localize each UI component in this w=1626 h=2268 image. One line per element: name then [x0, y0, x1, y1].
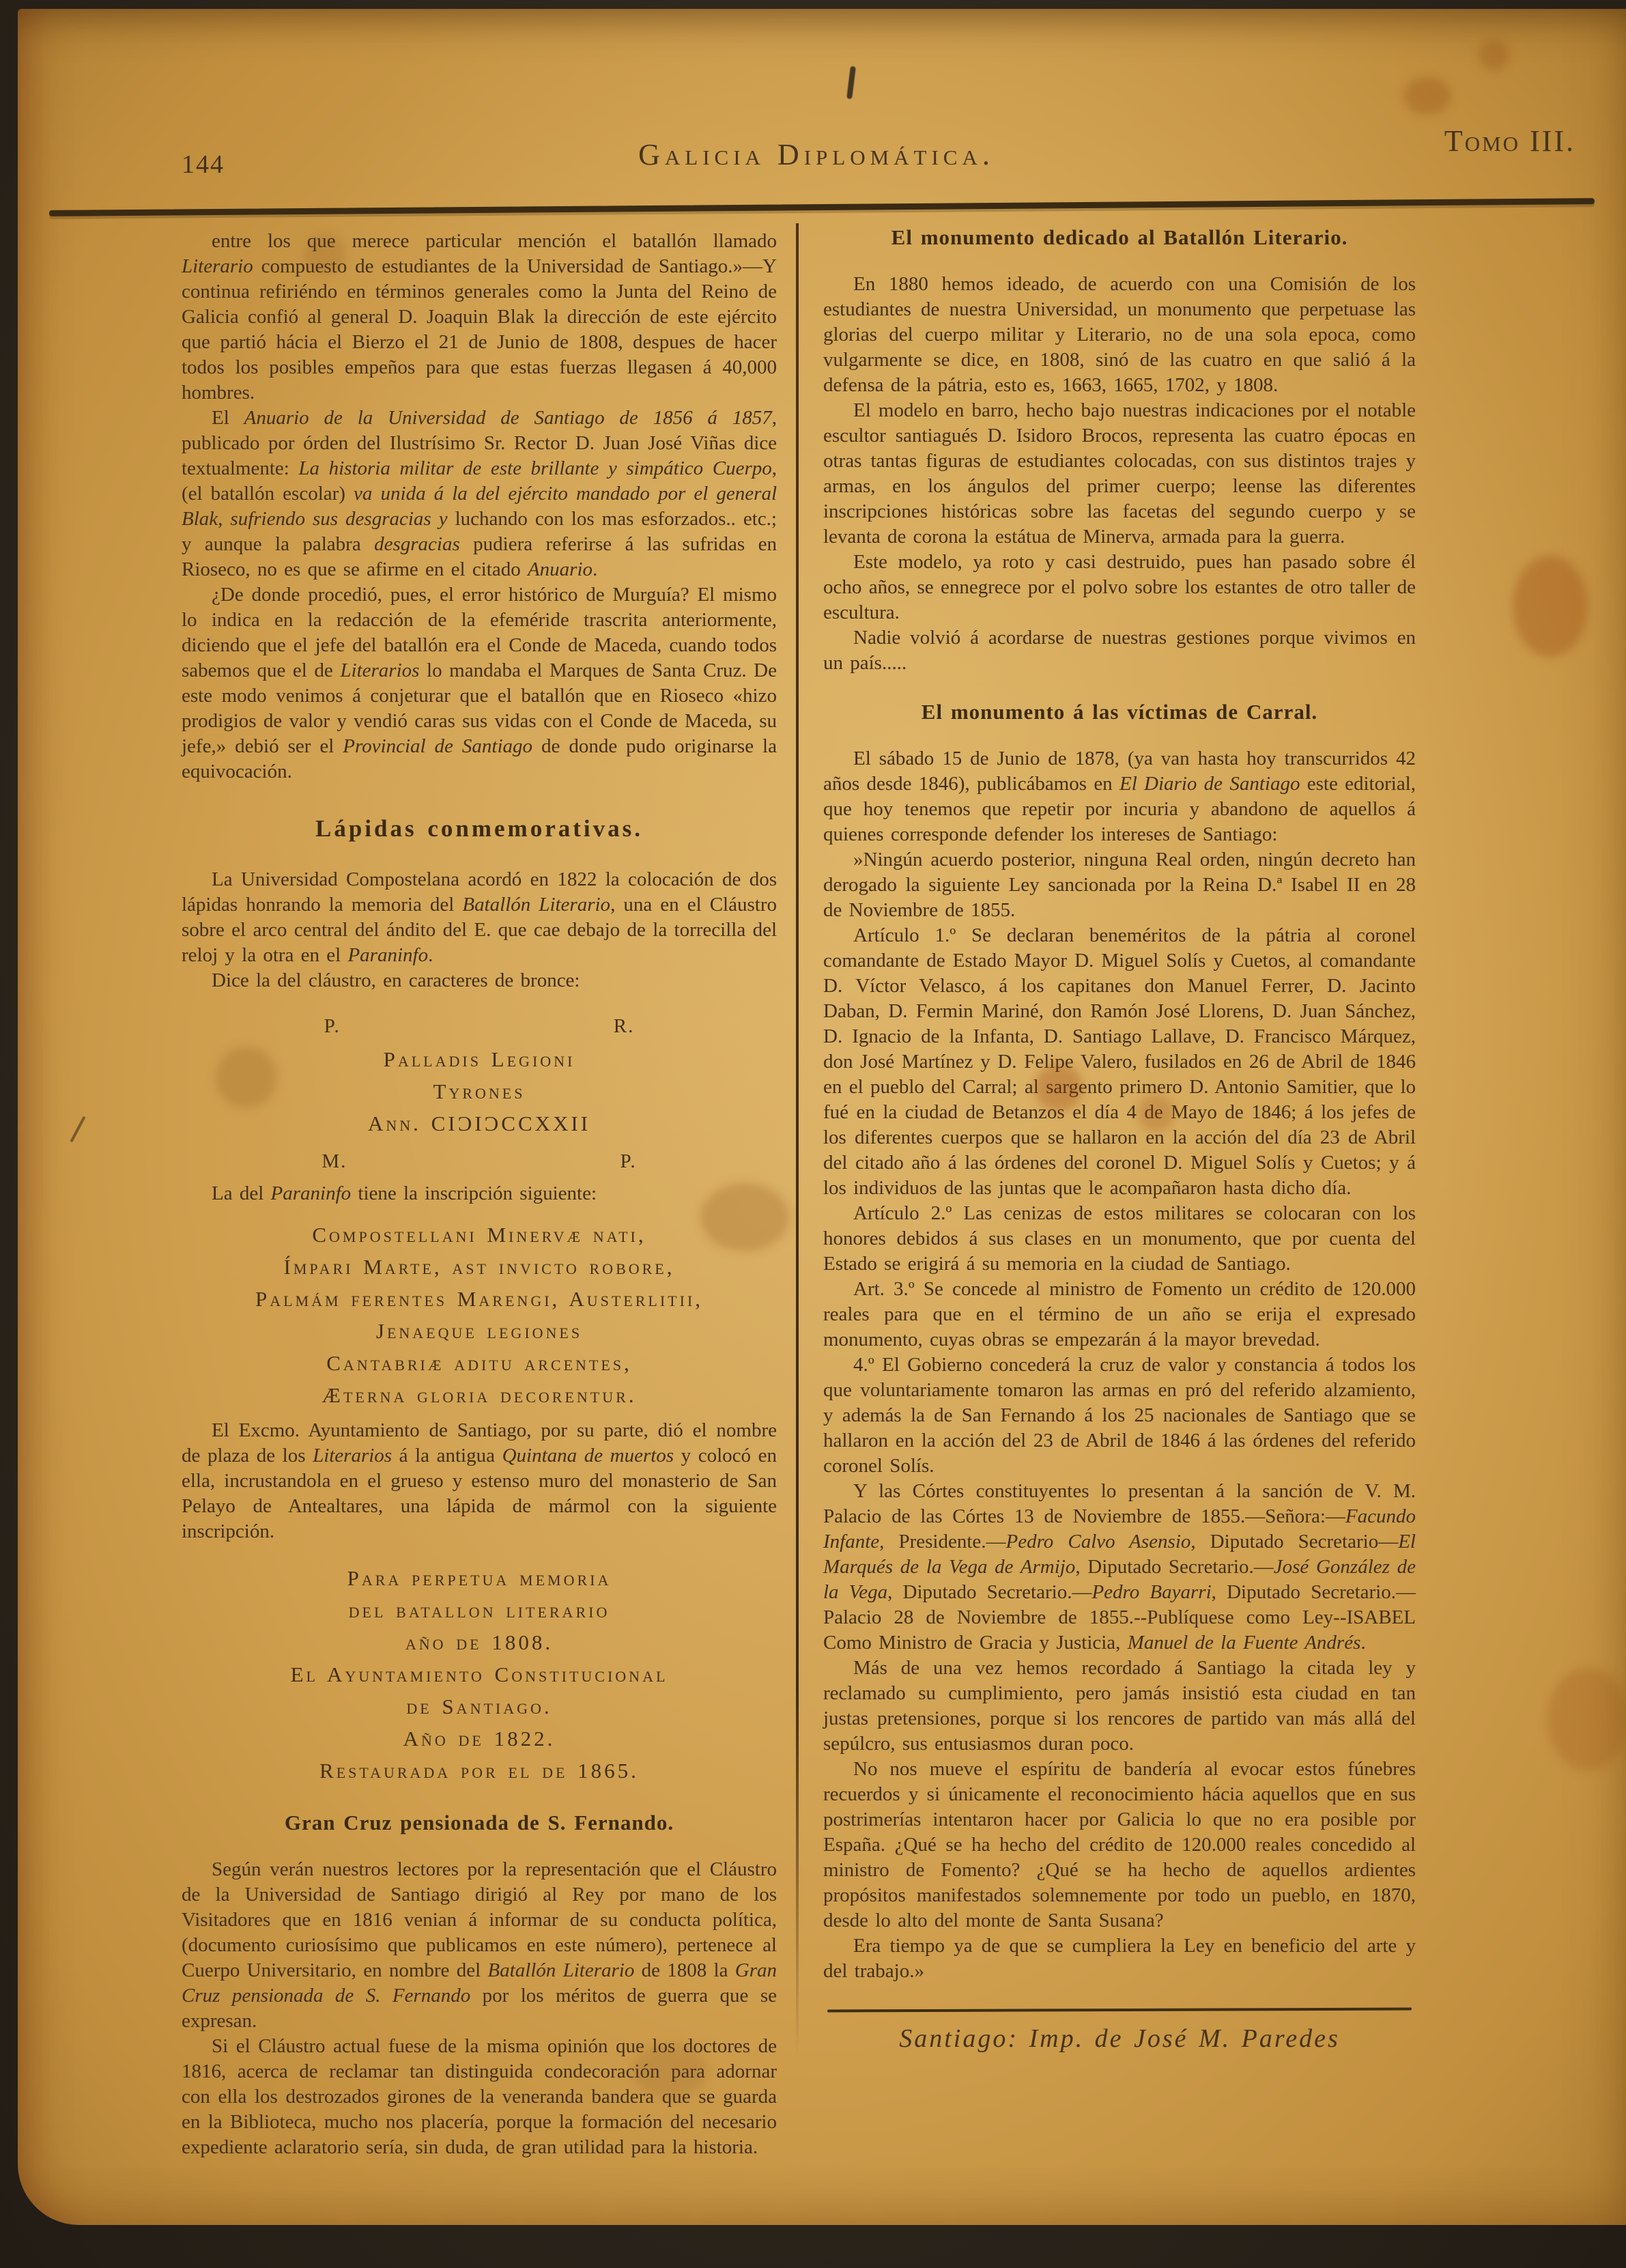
paragraph: Si el Cláustro actual fuese de la misma …: [182, 2034, 777, 2160]
section-heading-monumento-batallon: El monumento dedicado al Batallón Litera…: [823, 225, 1416, 250]
bronze-inscription-corners-top: P. R.: [182, 1014, 777, 1039]
paragraph: »Ningún acuerdo posterior, ninguna Real …: [823, 847, 1416, 923]
paragraph: Art. 3.º Se concede al ministro de Fomen…: [823, 1277, 1416, 1352]
paragraph: El modelo en barro, hecho bajo nuestras …: [823, 398, 1416, 550]
paper-sheet: 144 Galicia Diplomática. Tomo III. entre…: [18, 9, 1626, 2225]
inscription-line: Restaurada por el de 1865.: [182, 1755, 777, 1787]
inscription-line: Jenaeque legiones: [182, 1315, 777, 1347]
paragraph: Era tiempo ya de que se cumpliera la Ley…: [823, 1933, 1416, 1984]
section-heading-lapidas: Lápidas conmemorativas.: [182, 816, 777, 841]
section-heading-victimas-carral: El monumento á las víctimas de Carral.: [823, 699, 1416, 724]
inscription-line: Tyrones: [182, 1075, 777, 1107]
paragraph: El sábado 15 de Junio de 1878, (ya van h…: [823, 746, 1416, 847]
paragraph: ¿De donde procedió, pues, el error histó…: [182, 582, 777, 784]
foxing-stain: [1513, 555, 1588, 657]
scanned-periodical-page: 144 Galicia Diplomática. Tomo III. entre…: [0, 0, 1626, 2268]
marble-inscription: Para perpetua memoriadel batallon litera…: [182, 1562, 777, 1787]
bronze-inscription: Palladis LegioniTyronesAnn. CIƆIƆCCXXII: [182, 1043, 777, 1139]
paragraph: Artículo 2.º Las cenizas de estos milita…: [823, 1201, 1416, 1277]
marble-paragraph: El Excmo. Ayuntamiento de Santiago, por …: [182, 1418, 777, 1544]
inscription-initial: P.: [324, 1014, 341, 1039]
paragraph: Dice la del cláustro, en caracteres de b…: [182, 968, 777, 993]
paragraph: Y las Córtes constituyentes lo presentan…: [823, 1479, 1416, 1656]
inscription-line: Para perpetua memoria: [182, 1562, 777, 1594]
paragraph: 4.º El Gobierno concederá la cruz de val…: [823, 1352, 1416, 1479]
inscription-line: Cantabriæ aditu arcentes,: [182, 1347, 777, 1379]
inscription-line: Æterna gloria decorentur.: [182, 1379, 777, 1411]
inscription-line: año de 1808.: [182, 1626, 777, 1658]
inscription-initial: M.: [322, 1149, 347, 1174]
inscription-line: del batallon literario: [182, 1594, 777, 1626]
victimas-carral-paragraphs: El sábado 15 de Junio de 1878, (ya van h…: [823, 746, 1416, 1984]
masthead-title: Galicia Diplomática.: [441, 137, 1192, 172]
inscription-line: Año de 1822.: [182, 1723, 777, 1755]
gran-cruz-paragraphs: Según verán nuestros lectores por la rep…: [182, 1857, 777, 2160]
inscription-initial: R.: [614, 1014, 635, 1039]
margin-pen-mark: [70, 1116, 85, 1143]
foxing-stain: [1479, 40, 1509, 70]
paragraph: En 1880 hemos ideado, de acuerdo con una…: [823, 272, 1416, 398]
volume-label: Tomo III.: [1444, 124, 1575, 158]
paraninfo-intro: La del Paraninfo tiene la inscripción si…: [182, 1181, 777, 1206]
monumento-batallon-paragraphs: En 1880 hemos ideado, de acuerdo con una…: [823, 272, 1416, 676]
inscription-line: Compostellani Minervæ nati,: [182, 1219, 777, 1251]
page-number: 144: [182, 150, 225, 180]
inscription-line: Palmám ferentes Marengi, Austerlitii,: [182, 1283, 777, 1315]
paragraph: entre los que merece particular mención …: [182, 229, 777, 406]
inscription-line: Ímpari Marte, ast invicto robore,: [182, 1251, 777, 1283]
right-column: El monumento dedicado al Batallón Litera…: [823, 225, 1416, 2052]
article-continuation: entre los que merece particular mención …: [182, 229, 777, 784]
inscription-initial: P.: [620, 1149, 636, 1174]
paragraph: El Anuario de la Universidad de Santiago…: [182, 406, 777, 582]
header-rule: [49, 198, 1595, 216]
ink-mark: [846, 66, 856, 100]
imprint-rule: [827, 2008, 1412, 2013]
inscription-line: Palladis Legioni: [182, 1043, 777, 1075]
lapidas-paragraphs: La Universidad Compostelana acordó en 18…: [182, 867, 777, 993]
left-column: entre los que merece particular mención …: [182, 229, 777, 2160]
section-heading-gran-cruz: Gran Cruz pensionada de S. Fernando.: [182, 1810, 777, 1835]
paragraph: No nos mueve el espíritu de bandería al …: [823, 1757, 1416, 1933]
paragraph: Más de una vez hemos recordado á Santiag…: [823, 1656, 1416, 1757]
paragraph: Según verán nuestros lectores por la rep…: [182, 1857, 777, 2034]
foxing-stain: [1403, 77, 1451, 115]
foxing-stain: [1547, 1668, 1626, 1770]
inscription-line: El Ayuntamiento Constitucional: [182, 1658, 777, 1690]
paragraph: La Universidad Compostelana acordó en 18…: [182, 867, 777, 968]
paragraph: Nadie volvió á acordarse de nuestras ges…: [823, 625, 1416, 676]
paragraph: Este modelo, ya roto y casi destruido, p…: [823, 550, 1416, 625]
paragraph: Artículo 1.º Se declaran beneméritos de …: [823, 923, 1416, 1201]
imprint-line: Santiago: Imp. de José M. Paredes: [823, 2026, 1416, 2052]
bronze-inscription-corners-bottom: M. P.: [182, 1149, 777, 1174]
inscription-line: de Santiago.: [182, 1690, 777, 1723]
inscription-line: Ann. CIƆIƆCCXXII: [182, 1107, 777, 1139]
column-divider-rule: [796, 223, 799, 2056]
paraninfo-inscription: Compostellani Minervæ nati,Ímpari Marte,…: [182, 1219, 777, 1411]
